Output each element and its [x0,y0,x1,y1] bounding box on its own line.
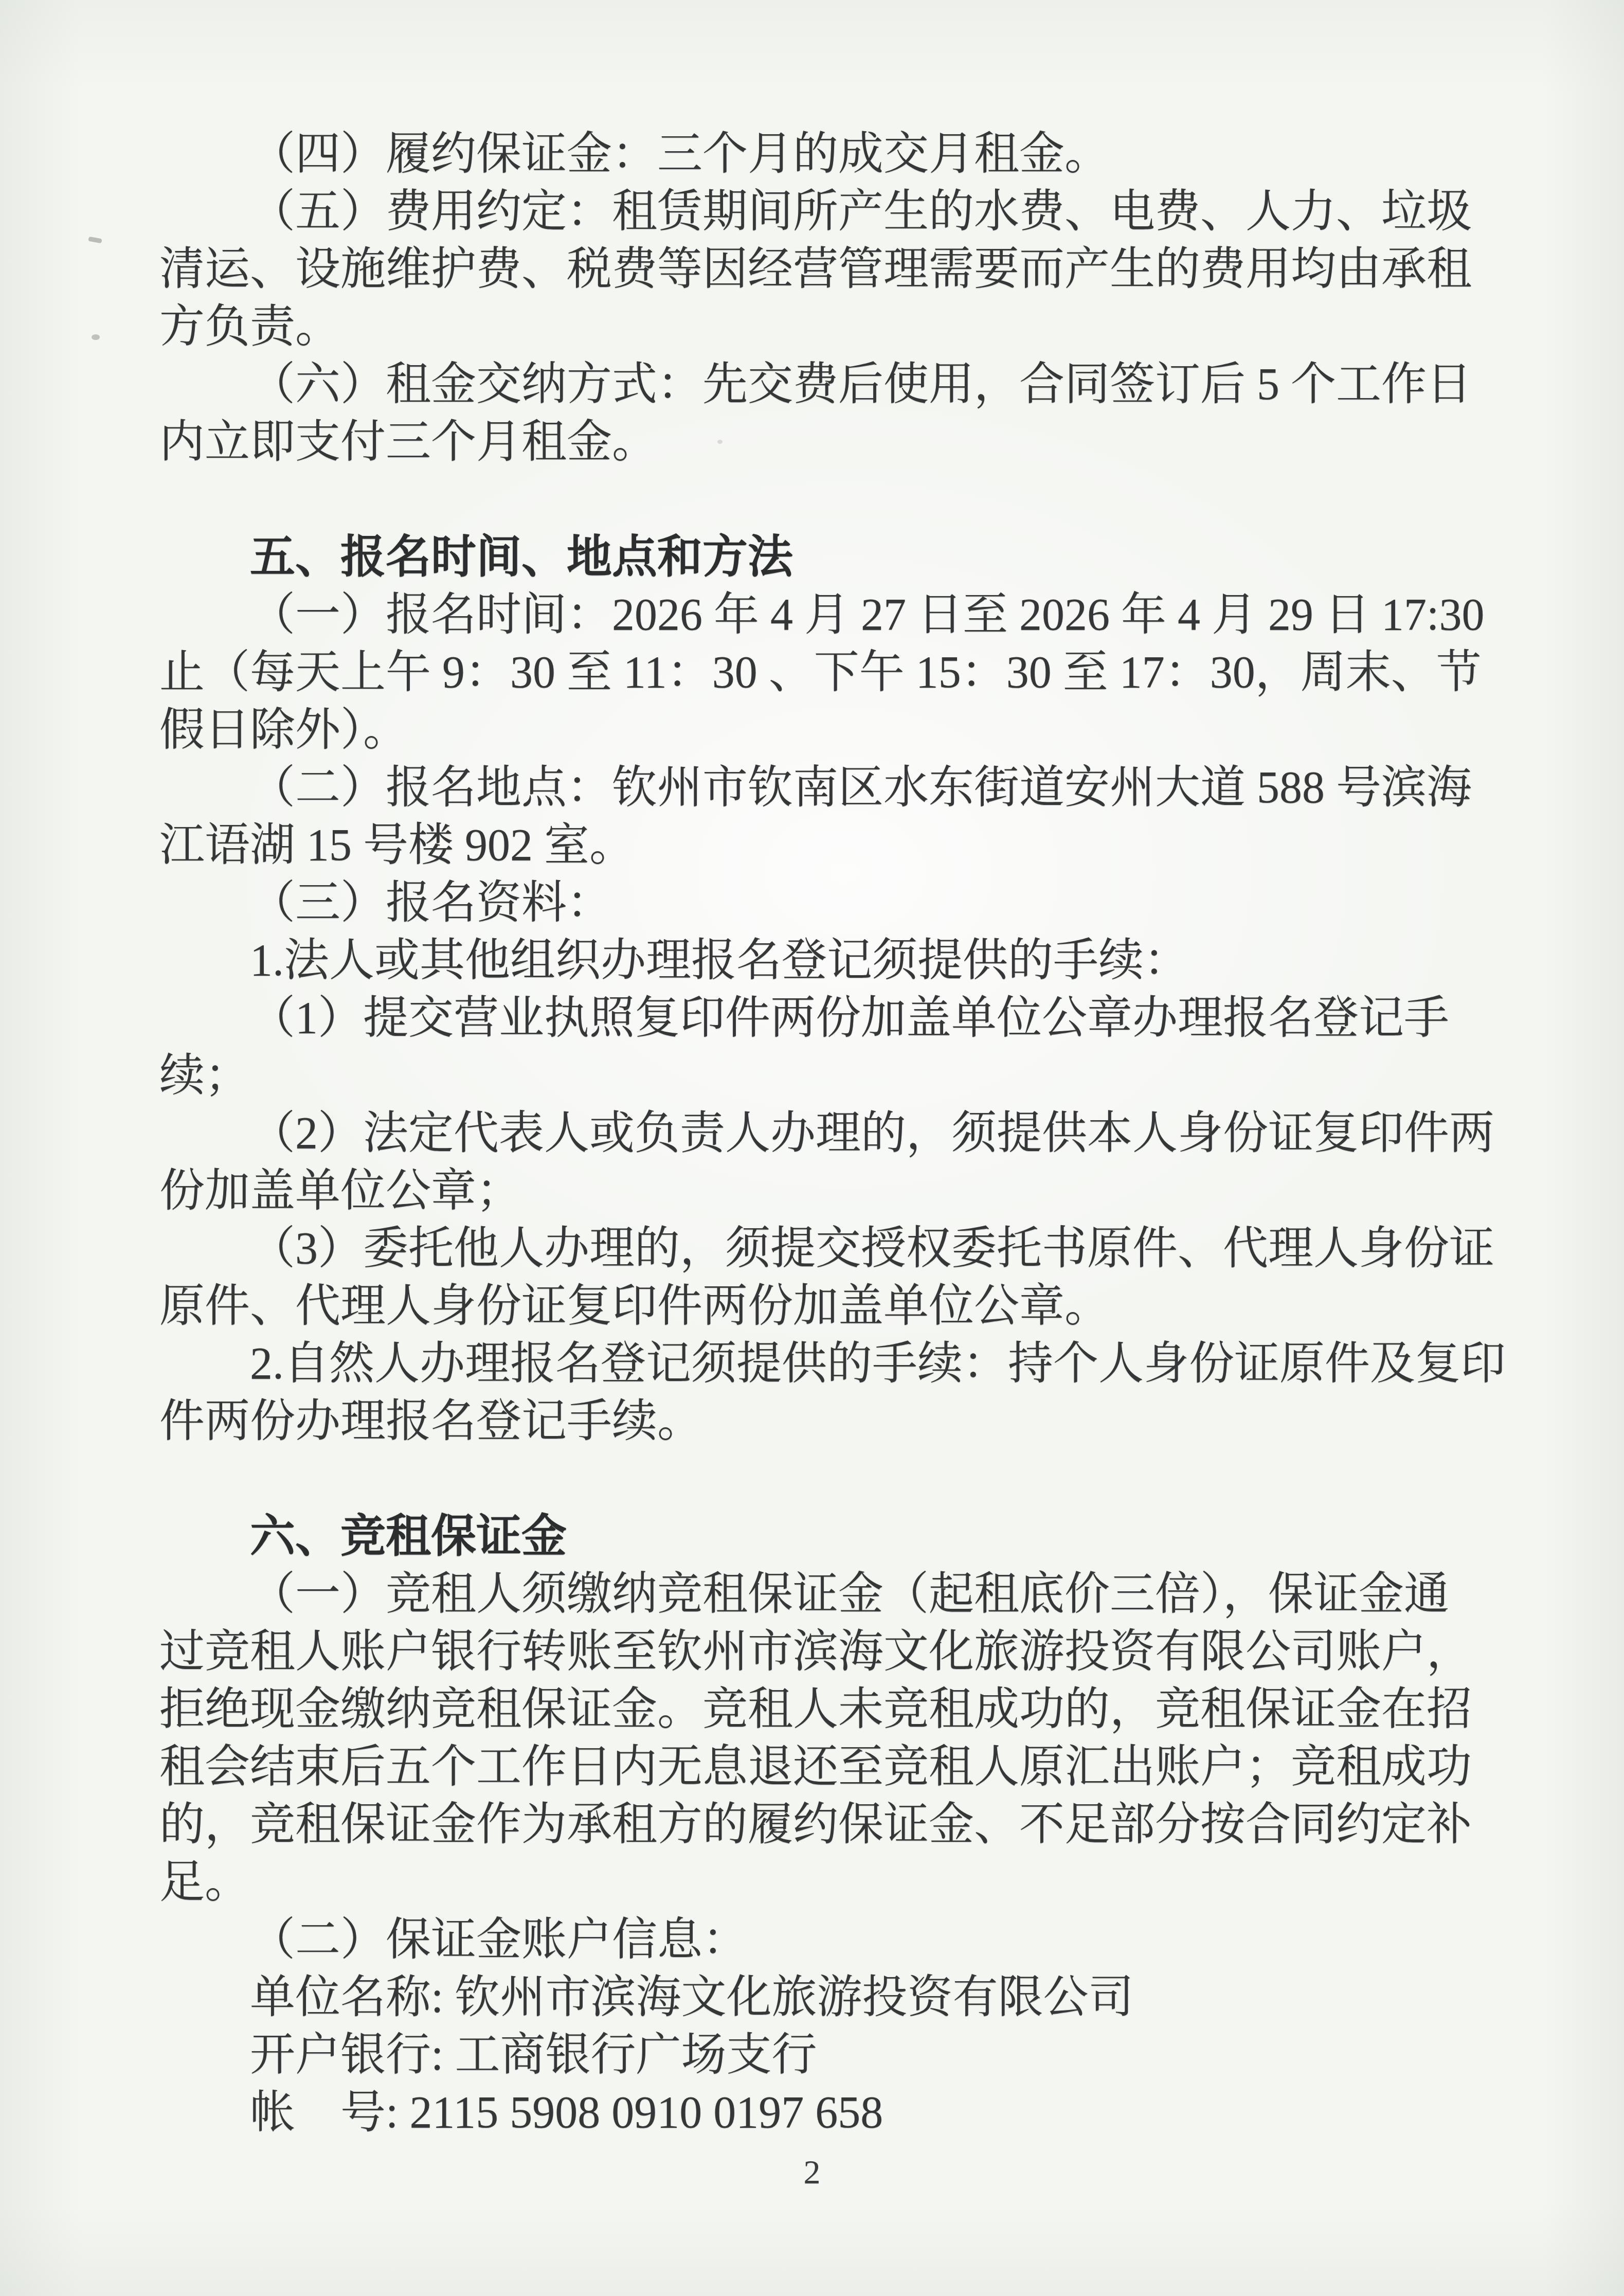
scan-artifact [92,334,100,340]
text-line: 份加盖单位公章； [159,1162,1481,1220]
text-line: 过竞租人账户银行转账至钦州市滨海文化旅游投资有限公司账户， [159,1623,1481,1681]
text-line: 帐 号: 2115 5908 0910 0197 658 [159,2084,1481,2142]
text-line: 清运、设施维护费、税费等因经营管理需要而产生的费用均由承租 [159,241,1481,298]
text-line: （六）租金交纳方式：先交费后使用，合同签订后 5 个工作日 [159,356,1481,414]
text-line: （1）提交营业执照复印件两份加盖单位公章办理报名登记手 [159,990,1481,1047]
document-body: （四）履约保证金：三个月的成交月租金。 （五）费用约定：租赁期间所产生的水费、电… [159,125,1481,2142]
text-line: 六、竞租保证金 [159,1508,1481,1566]
text-line: 单位名称: 钦州市滨海文化旅游投资有限公司 [159,1969,1481,2026]
text-line: （五）费用约定：租赁期间所产生的水费、电费、人力、垃圾 [159,183,1481,241]
text-line: 开户银行: 工商银行广场支行 [159,2026,1481,2084]
text-line: （二）保证金账户信息： [159,1911,1481,1969]
text-line: （一）竞租人须缴纳竞租保证金（起租底价三倍），保证金通 [159,1566,1481,1623]
text-line: 止（每天上午 9：30 至 11：30 、下午 15：30 至 17：30，周末… [159,644,1481,702]
text-line: 2.自然人办理报名登记须提供的手续：持个人身份证原件及复印 [159,1335,1481,1393]
text-line: 件两份办理报名登记手续。 [159,1393,1481,1450]
text-line: （3）委托他人办理的，须提交授权委托书原件、代理人身份证 [159,1220,1481,1278]
text-line: 江语湖 15 号楼 902 室。 [159,817,1481,874]
text-line: （二）报名地点：钦州市钦南区水东街道安州大道 588 号滨海 [159,759,1481,817]
text-line: 的，竞租保证金作为承租方的履约保证金、不足部分按合同约定补 [159,1796,1481,1854]
text-line: （四）履约保证金：三个月的成交月租金。 [159,125,1481,183]
text-line: 原件、代理人身份证复印件两份加盖单位公章。 [159,1278,1481,1335]
text-line: 五、报名时间、地点和方法 [159,529,1481,586]
text-line: 足。 [159,1854,1481,1911]
text-line: 假日除外）。 [159,702,1481,759]
text-line: 内立即支付三个月租金。 [159,414,1481,471]
text-line: 方负责。 [159,298,1481,356]
text-line: （三）报名资料： [159,874,1481,932]
text-line: 租会结束后五个工作日内无息退还至竞租人原汇出账户；竞租成功 [159,1738,1481,1796]
text-line: 拒绝现金缴纳竞租保证金。竞租人未竞租成功的，竞租保证金在招 [159,1681,1481,1738]
scanned-document-page: （四）履约保证金：三个月的成交月租金。 （五）费用约定：租赁期间所产生的水费、电… [0,0,1624,2296]
scan-artifact [88,237,102,243]
text-line: 续； [159,1047,1481,1105]
text-line: （2）法定代表人或负责人办理的，须提供本人身份证复印件两 [159,1105,1481,1162]
page-number: 2 [0,2144,1624,2201]
text-line [159,471,1481,529]
text-line: 1.法人或其他组织办理报名登记须提供的手续： [159,932,1481,990]
text-line [159,1450,1481,1508]
text-line: （一）报名时间：2026 年 4 月 27 日至 2026 年 4 月 29 日… [159,586,1481,644]
